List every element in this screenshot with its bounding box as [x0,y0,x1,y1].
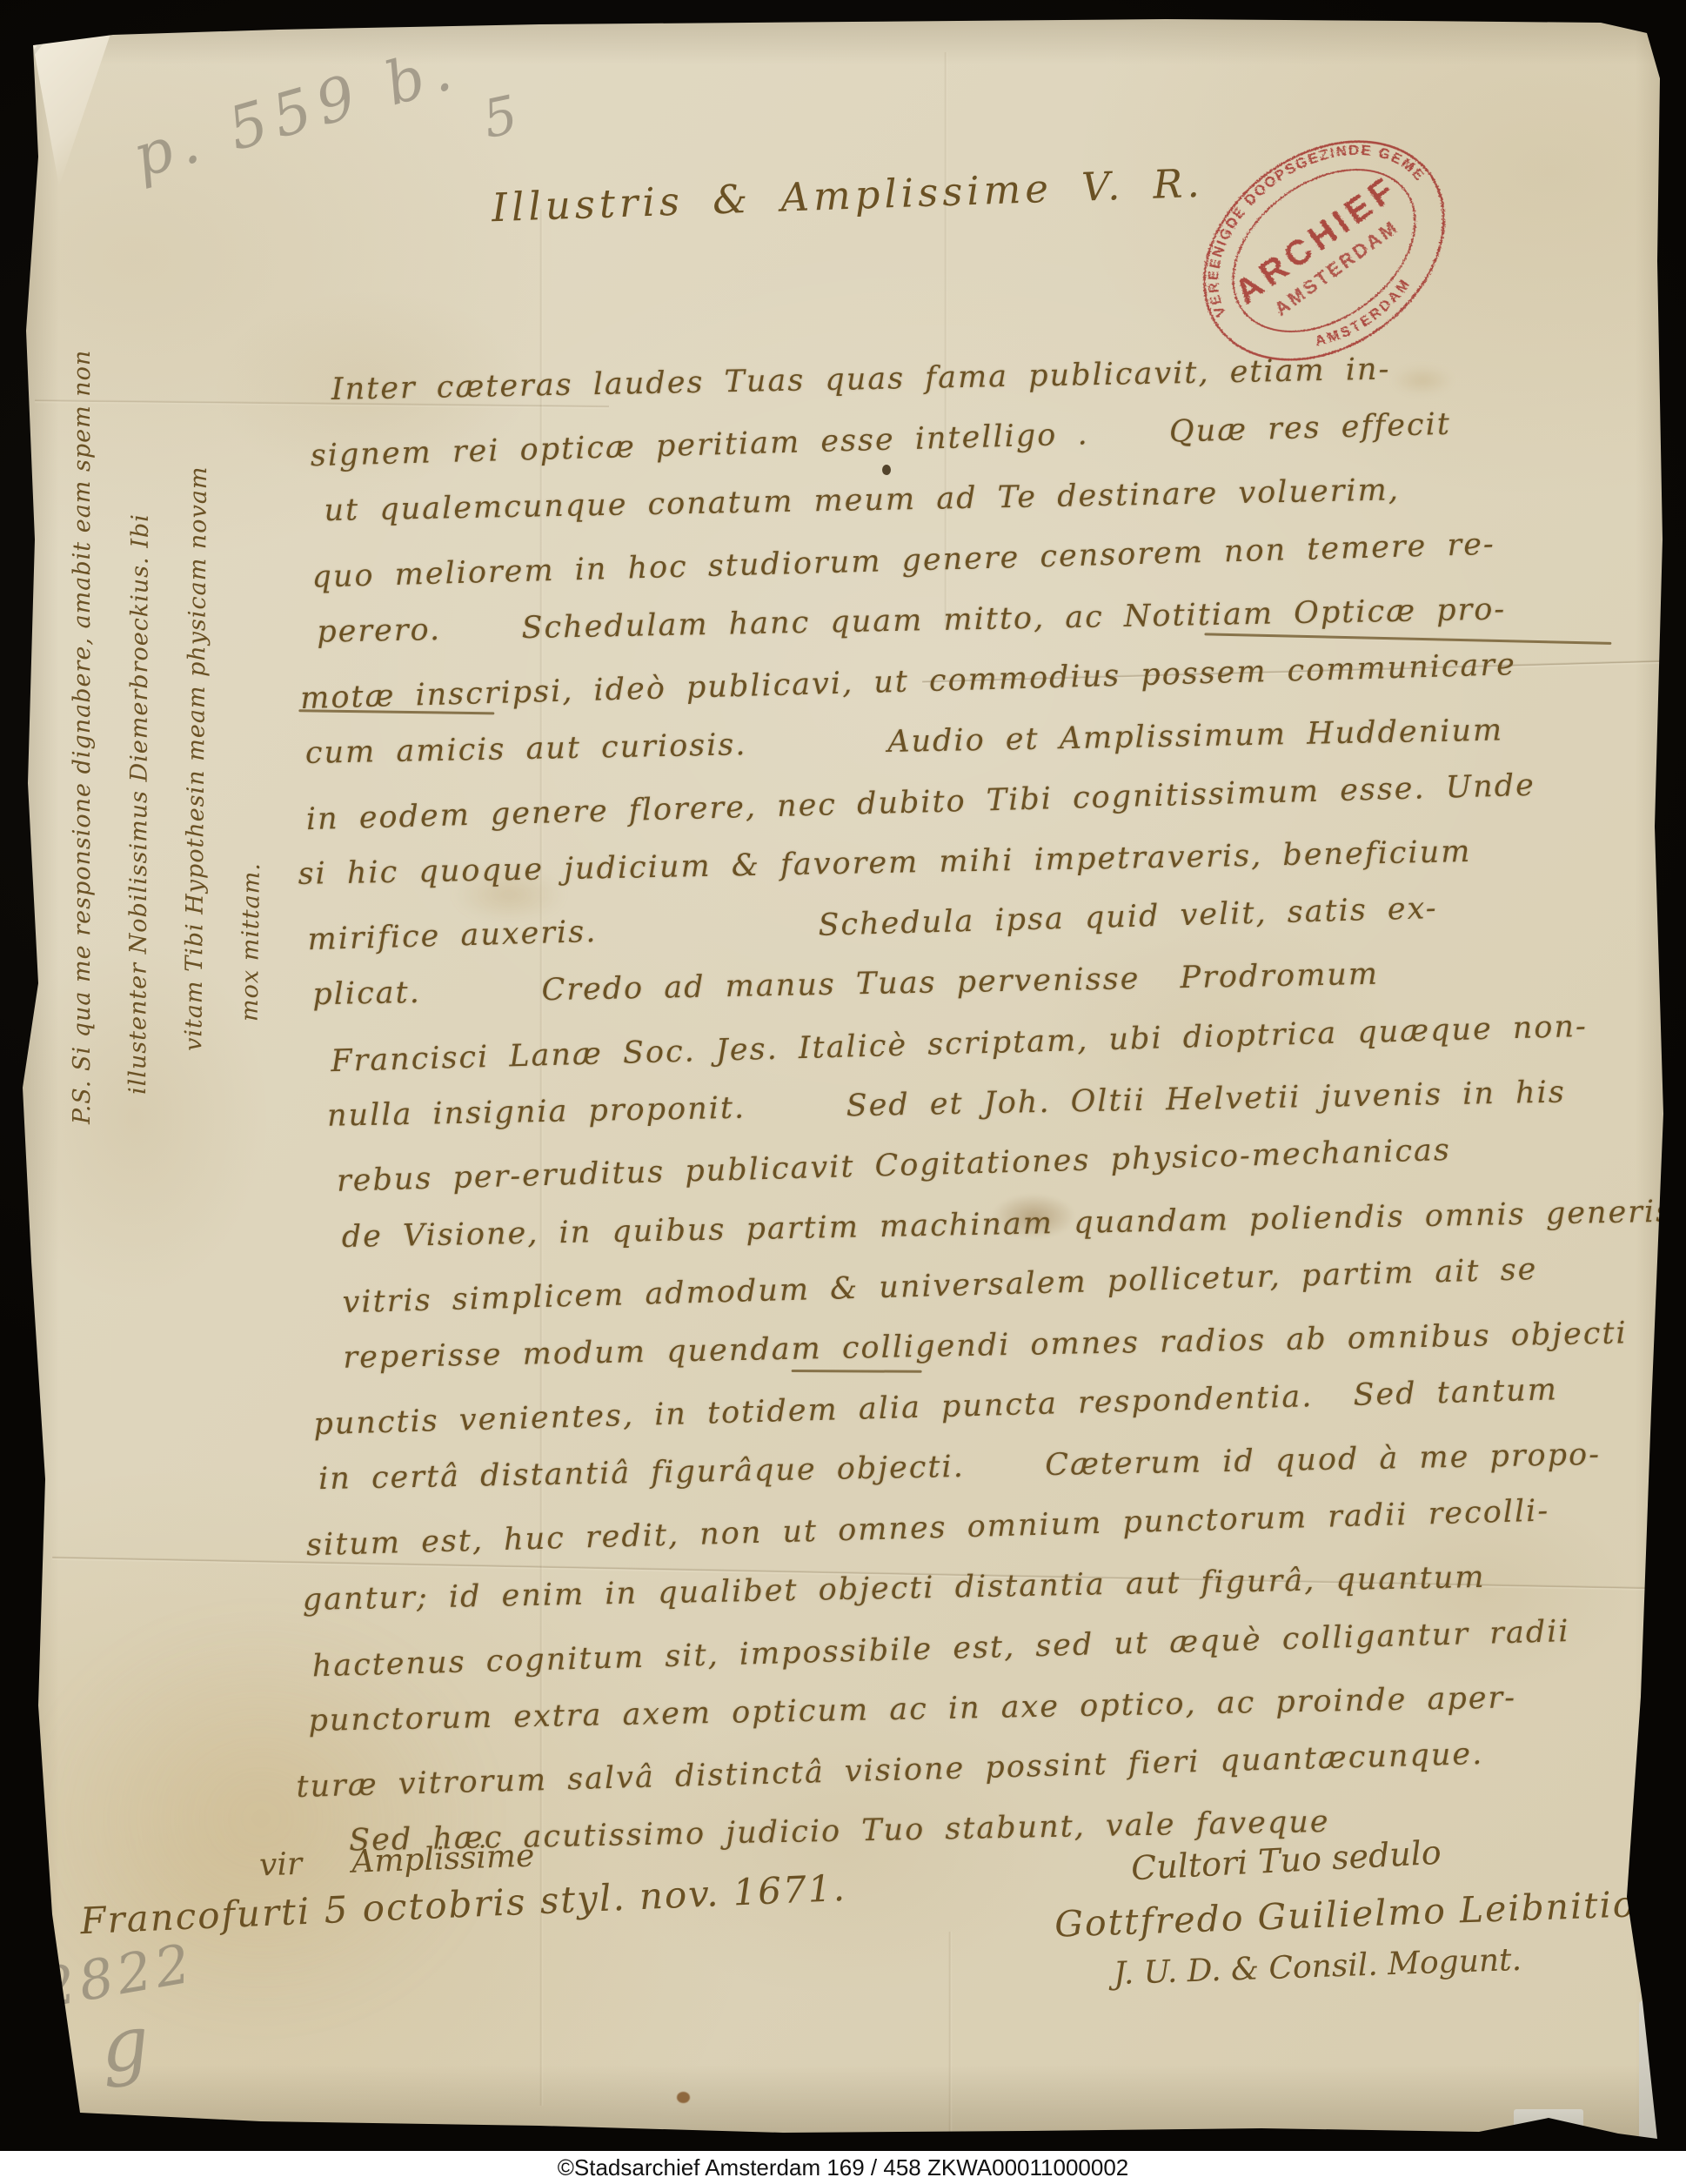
body-line: gantur; id enim in qualibet objecti dist… [302,1560,1485,1618]
postscript-line: illustenter Nobilissimus Diemerbroeckius… [110,306,171,1095]
body-line: nulla insignia proponit. Sed et Joh. Olt… [327,1075,1566,1133]
caption-text: ©Stadsarchief Amsterdam 169 / 458 ZKWA00… [558,2154,1129,2181]
body-line: motæ inscripsi, ideò publicavi, ut commo… [300,647,1517,716]
body-line: hactenus cognitum sit, impossibile est, … [311,1614,1570,1684]
photograph-background: Illustris & Amplissime V. R. Inter cæter… [0,0,1686,2184]
body-line: quo meliorem in hoc studiorum genere cen… [311,526,1495,594]
postscript-line: mox mittam. [222,306,289,1022]
archive-stamp: VEREENIGDE DOOPSGEZINDE GEMEENTE AMSTERD… [1176,120,1472,381]
body-line: Francisci Lanæ Soc. Jes. Italicè scripta… [331,1008,1589,1078]
ink-underline [1204,633,1611,645]
body-line: de Visione, in quibus partim machinam qu… [341,1195,1673,1255]
caption-bar: ©Stadsarchief Amsterdam 169 / 458 ZKWA00… [0,2151,1686,2184]
postscript-line: P.S. Si qua me responsione dignabere, am… [54,306,111,1124]
body-line: in eodem genere florere, nec dubito Tibi… [305,767,1535,836]
body-line: rebus per-eruditus publicavit Cogitation… [336,1132,1451,1198]
body-line: punctorum extra axem opticum ac in axe o… [308,1680,1516,1738]
body-line: cum amicis aut curiosis. Audio et Amplis… [305,713,1504,770]
body-line: mirifice auxeris. Schedula ipsa quid vel… [307,891,1438,957]
pencil-corner-mark: ∕∕ [0,27,41,91]
postscript-margin: P.S. Si qua me responsione dignabere, am… [54,306,292,1124]
body-line: turæ vitrorum salvâ distinctâ visione po… [296,1736,1484,1804]
letter-paper: Illustris & Amplissime V. R. Inter cæter… [0,0,1686,2151]
body-line: reperisse modum quendam colligendi omnes… [343,1316,1628,1375]
body-line: in certâ distantiâ figurâque objecti. Cæ… [318,1437,1602,1497]
body-line: plicat. Credo ad manus Tuas pervenisse P… [312,957,1379,1013]
ink-underline [792,1370,922,1373]
body-line: perero. Schedulam hanc quam mitto, ac No… [317,592,1507,649]
body-line: situm est, huc redit, non ut omnes omniu… [306,1493,1550,1563]
pencil-letter-g: g [97,2000,153,2090]
body-line: vitris simplicem admodum & universalem p… [342,1252,1538,1320]
body-line: ut qualemcunque conatum meum ad Te desti… [324,472,1400,528]
postscript-line: vitam Tibi Hypothesin meam physicam nova… [165,306,229,1052]
body-line: si hic quoque judicium & favorem mihi im… [298,834,1471,892]
body-line: signem rei opticæ peritiam esse intellig… [310,406,1451,473]
body-line: punctis venientes, in totidem alia punct… [313,1372,1559,1442]
